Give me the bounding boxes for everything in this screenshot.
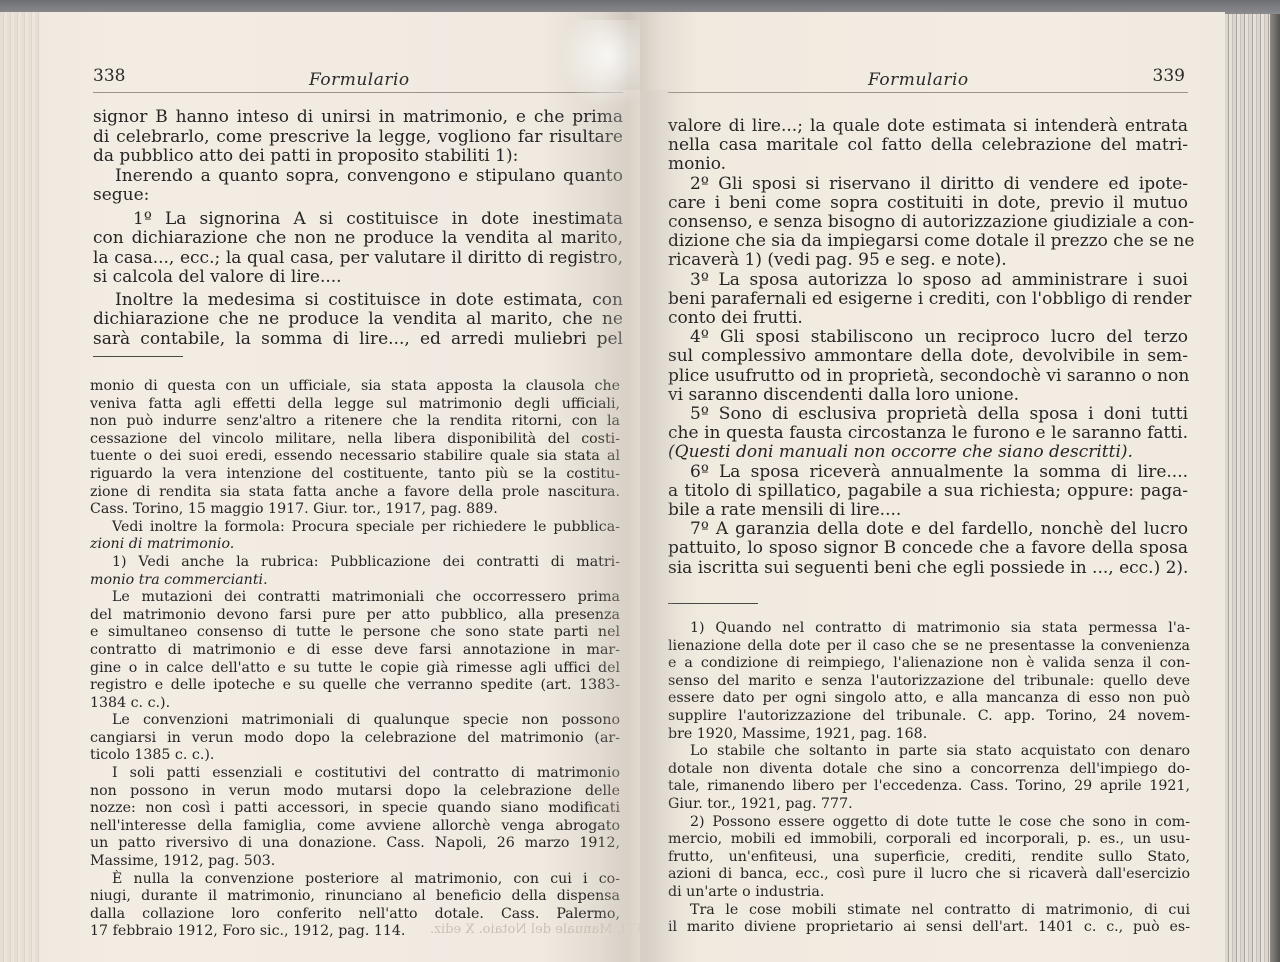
note-line: di un'arte o industria. xyxy=(668,884,1190,902)
body-line: Inerendo a quanto sopra, convengono e st… xyxy=(93,167,623,187)
body-line: ricaverà 1) (vedi pag. 95 e seg. e note)… xyxy=(668,251,1188,270)
open-book: 338 Formulario signor B hanno inteso di … xyxy=(0,0,1280,962)
note-line: 1) Vedi anche la rubrica: Pubblicazione … xyxy=(90,554,620,572)
note-line: È nulla la convenzione posteriore al mat… xyxy=(90,871,620,889)
note-line: lienazione della dote per il caso che se… xyxy=(668,638,1190,656)
note-line: bre 1920, Massime, 1921, pag. 168. xyxy=(668,726,1190,744)
note-line: 1) Quando nel contratto di matrimonio si… xyxy=(668,620,1190,638)
body-line: Inoltre la medesima si costituisce in do… xyxy=(93,291,623,311)
note-line: tale, rimanendo libero per l'eccedenza. … xyxy=(668,778,1190,796)
note-line: cessazione del vincolo militare, nella l… xyxy=(90,431,620,449)
right-page-number: 339 xyxy=(1153,66,1185,86)
note-line: 1384 c. c.). xyxy=(90,695,620,713)
left-body-text: signor B hanno inteso di unirsi in matri… xyxy=(93,108,623,349)
note-line: il marito diviene proprietario ai sensi … xyxy=(668,919,1190,937)
note-line: registro e delle ipoteche e su quelle ch… xyxy=(90,677,620,695)
note-line: azioni di banca, ecc., così pure il lucr… xyxy=(668,866,1190,884)
body-line: che in questa fausta circostanza le furo… xyxy=(668,424,1188,443)
right-running-head-title: Formulario xyxy=(868,70,969,90)
note-line: non possono in verun modo mutarsi dopo l… xyxy=(90,783,620,801)
note-line: veniva fatta agli effetti della legge su… xyxy=(90,396,620,414)
note-line: e a condizione di reimpiego, l'alienazio… xyxy=(668,655,1190,673)
note-line: riguardo la vera intenzione del costitue… xyxy=(90,466,620,484)
note-line: nell'interesse della famiglia, come avvi… xyxy=(90,818,620,836)
gutter-glare xyxy=(560,20,640,110)
body-line: vi saranno discendenti dalla loro unione… xyxy=(668,386,1188,405)
body-line: valore di lire...; la quale dote estimat… xyxy=(668,117,1188,136)
note-line: 2) Possono essere oggetto di dote tutte … xyxy=(668,814,1190,832)
body-line: monio. xyxy=(668,155,1188,174)
body-line: con dichiarazione che non ne produce la … xyxy=(93,229,623,249)
body-line: 5º Sono di esclusiva proprietà della spo… xyxy=(668,405,1188,424)
note-line: dotale non diventa dotale che sino a con… xyxy=(668,761,1190,779)
left-running-header: 338 Formulario xyxy=(93,66,623,93)
footnote-separator xyxy=(93,356,183,357)
right-page-stack-edges xyxy=(1225,14,1280,962)
right-footnotes: 1) Quando nel contratto di matrimonio si… xyxy=(668,620,1190,937)
note-line: Giur. tor., 1921, pag. 777. xyxy=(668,796,1190,814)
body-line: sia iscritta sui seguenti beni che egli … xyxy=(668,559,1188,578)
body-line: beni parafernali ed esigerne i crediti, … xyxy=(668,290,1188,309)
body-line: dizione che sia da impiegarsi come dotal… xyxy=(668,232,1188,251)
body-line: 3º La sposa autorizza lo sposo ad ammini… xyxy=(668,271,1188,290)
body-line: signor B hanno inteso di unirsi in matri… xyxy=(93,108,623,128)
body-line: segue: xyxy=(93,186,623,206)
note-line: Le mutazioni dei contratti matrimoniali … xyxy=(90,589,620,607)
body-line: (Questi doni manuali non occorre che sia… xyxy=(668,443,1188,462)
note-line: Tra le cose mobili stimate nel contratto… xyxy=(668,902,1190,920)
body-line: a titolo di spillatico, pagabile a sua r… xyxy=(668,482,1188,501)
note-line: nozze: non così i patti accessori, in sp… xyxy=(90,800,620,818)
body-line: bile a rate mensili di lire.... xyxy=(668,501,1188,520)
right-running-header: Formulario 339 xyxy=(668,66,1188,93)
note-line: Vedi inoltre la formola: Procura special… xyxy=(90,519,620,537)
note-line: Massime, 1912, pag. 503. xyxy=(90,853,620,871)
note-line: non può indurre senz'altro a ritenere ch… xyxy=(90,413,620,431)
left-running-head-title: Formulario xyxy=(309,70,410,90)
note-line: tuente o dei suoi eredi, essendo necessa… xyxy=(90,448,620,466)
body-line: 2º Gli sposi si riservano il diritto di … xyxy=(668,175,1188,194)
note-line: monio tra commercianti. xyxy=(90,572,620,590)
body-line: plice usufrutto od in proprietà, secondo… xyxy=(668,367,1188,386)
note-line: un patto riversivo di una donazione. Cas… xyxy=(90,835,620,853)
note-line: cangiarsi in verun modo dopo la celebraz… xyxy=(90,730,620,748)
note-line: Le convenzioni matrimoniali di qualunque… xyxy=(90,712,620,730)
note-line: zione di rendita sia stata fatta anche a… xyxy=(90,484,620,502)
body-line: 4º Gli sposi stabiliscono un reciproco l… xyxy=(668,328,1188,347)
note-line: ticolo 1385 c. c.). xyxy=(90,747,620,765)
note-line: mercio, mobili ed immobili, corporali ed… xyxy=(668,831,1190,849)
note-line: Lo stabile che soltanto in parte sia sta… xyxy=(668,743,1190,761)
body-line: si calcola del valore di lire.... xyxy=(93,268,623,288)
note-line: e simultaneo consenso di tutte le person… xyxy=(90,624,620,642)
body-line: di celebrarlo, come prescrive la legge, … xyxy=(93,128,623,148)
body-line: da pubblico atto dei patti in proposito … xyxy=(93,147,623,167)
body-line: conto dei frutti. xyxy=(668,309,1188,328)
body-line: consenso, e senza bisogno di autorizzazi… xyxy=(668,213,1188,232)
body-line: care i beni come sopra costituiti in dot… xyxy=(668,194,1188,213)
body-line: la casa..., ecc.; la qual casa, per valu… xyxy=(93,249,623,269)
body-line: 7º A garanzia della dote e del fardello,… xyxy=(668,520,1188,539)
left-footnotes: monio di questa con un ufficiale, sia st… xyxy=(90,378,620,941)
note-line: senso del marito e senza l'autorizzazion… xyxy=(668,673,1190,691)
note-line: frutto, un'enfiteusi, una superficie, cr… xyxy=(668,849,1190,867)
footnote-separator xyxy=(668,603,758,604)
note-line: niugi, durante il matrimonio, rinunciano… xyxy=(90,888,620,906)
left-page-edges xyxy=(0,12,40,962)
note-line: Cass. Torino, 15 maggio 1917. Giur. tor.… xyxy=(90,501,620,519)
body-line: 6º La sposa riceverà annualmente la somm… xyxy=(668,463,1188,482)
left-page-number: 338 xyxy=(93,66,125,86)
note-line: essere dato per ogni singolo atto, e all… xyxy=(668,690,1190,708)
note-line: zioni di matrimonio. xyxy=(90,536,620,554)
body-line: dichiarazione che ne produce la vendita … xyxy=(93,310,623,330)
body-line: nella casa maritale col fatto della cele… xyxy=(668,136,1188,155)
note-line: dalla collazione loro conferito nell'att… xyxy=(90,906,620,924)
note-line: monio di questa con un ufficiale, sia st… xyxy=(90,378,620,396)
body-line: sarà contabile, la somma di lire..., ed … xyxy=(93,330,623,350)
note-line: del matrimonio devono farsi pure per att… xyxy=(90,607,620,625)
body-line: sul complessivo ammontare della dote, de… xyxy=(668,347,1188,366)
body-line: pattuito, lo sposo signor B concede che … xyxy=(668,539,1188,558)
note-line: I soli patti essenziali e costitutivi de… xyxy=(90,765,620,783)
note-line: gine o in calce dell'atto e su tutte le … xyxy=(90,660,620,678)
note-line: supplire l'autorizzazione del tribunale.… xyxy=(668,708,1190,726)
body-line: 1º La signorina A si costituisce in dote… xyxy=(93,210,623,230)
note-line: contratto di matrimonio e di esse deve f… xyxy=(90,642,620,660)
right-body-text: valore di lire...; la quale dote estimat… xyxy=(668,117,1188,578)
